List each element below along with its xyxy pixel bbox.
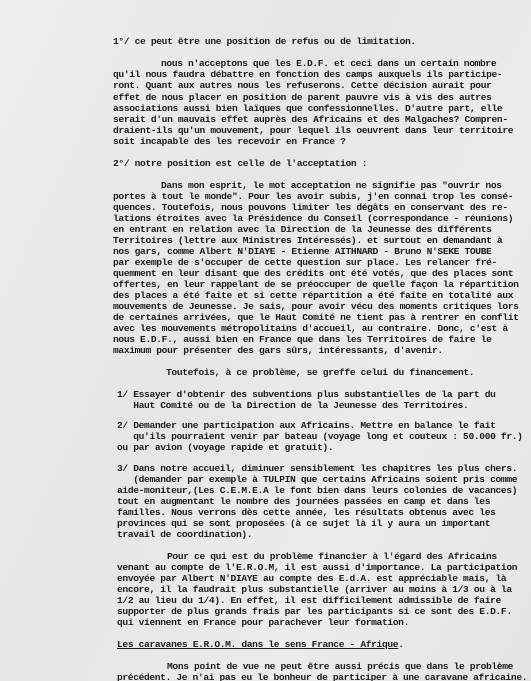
paragraph-line: maximum pour présenter des gars sûrs, in… (113, 345, 443, 356)
caravanes-heading-text: Les caravanes E.R.O.M. dans le sens Fran… (117, 639, 398, 650)
list-item-line: provinces qui se sont proposées (à ce su… (117, 518, 490, 529)
paragraph-line: quemment en leur disant que des crédits … (113, 268, 513, 279)
paragraph-line: 1/2 au lieu du 1/4). En effet, il est di… (117, 595, 501, 606)
paragraph-line: ront. Quant aux autres nous les refusero… (113, 80, 492, 91)
list-item-line: qu'ils pourraient venir par bateau (voya… (117, 431, 523, 442)
paragraph-line: draient-ils qu'un mouvement, pour lequel… (113, 125, 513, 136)
list-item-line: 3/ Dans notre accueil, diminuer sensible… (117, 463, 517, 474)
paragraph-line: Territoires (lettre aux Ministres Intére… (113, 235, 502, 246)
paragraph-line: envoyée par Albert N'DIAYE au compte des… (117, 573, 506, 584)
section1-heading: 1°/ ce peut être une position de refus o… (113, 36, 416, 47)
paragraph-line: de certaines arrivées, que le Haut Comit… (113, 312, 519, 323)
paragraph-line: nous E.D.F., aussi bien en France que da… (113, 334, 492, 345)
list-item-line: (demander par exemple à TULPIN que certa… (117, 474, 517, 485)
list-item-line: travail de coordination). (117, 529, 252, 540)
paragraph-line: mouvements de Jeunesse. Je sais, pour av… (113, 301, 519, 312)
paragraph-line: précédent. Je n'ai pas eu le bonheur de … (117, 672, 527, 681)
caravanes-heading: Les caravanes E.R.O.M. dans le sens Fran… (117, 639, 404, 650)
paragraph-line: Pour ce qui est du problème financier à … (167, 551, 497, 562)
list-item-line: familles. Nous verrons dès cette année, … (117, 507, 496, 518)
caravanes-heading-period: . (398, 639, 403, 650)
paragraph-line: serait d'un mauvais effet auprès des Afr… (113, 114, 508, 125)
paragraph-line: des places a été faite et si cette répar… (113, 290, 513, 301)
paragraph-line: venant au compte de l'E.R.O.M, il est au… (117, 562, 517, 573)
list-item-line: aide-moniteur,(Les C.E.M.E.A le font bie… (117, 485, 517, 496)
paragraph-line: soit incapable des les recevoir en Franc… (113, 136, 346, 147)
list-item-line: ou par avion (voyage rapide et gratuit). (117, 442, 333, 453)
paragraph-line: encore, il la faudrait plus substantiell… (117, 584, 512, 595)
financing-intro: Toutefois, à ce problème, se greffe celu… (166, 367, 474, 378)
paragraph-line: offertes, en leur rappelant de se préocc… (113, 279, 519, 290)
list-item-line: 2/ Demander une participation aux Africa… (117, 420, 496, 431)
list-item-line: 1/ Essayer d'obtenir des subventions plu… (117, 389, 496, 400)
typewritten-page: 1°/ ce peut être une position de refus o… (0, 0, 531, 681)
paragraph-line: Mons point de vue ne peut être aussi pré… (167, 661, 513, 672)
paragraph-line: portes à tout le monde". Pour les avoir … (113, 191, 513, 202)
list-item-line: Haut Comité ou de la Direction de la Jeu… (117, 400, 468, 411)
paragraph-line: effet de nous placer en position de pare… (113, 92, 492, 103)
list-item-line: tout en augmentant le nombre des journée… (117, 496, 490, 507)
paragraph-line: nous n'acceptons que les E.D.F. et ceci … (161, 58, 496, 69)
paragraph-line: quences. Toutefois, nous pouvons limiter… (113, 202, 508, 213)
paragraph-line: nos gars, comme Albert N'DIAYE - Etienne… (113, 246, 492, 257)
paragraph-line: en entrant en relation avec la Direction… (113, 224, 492, 235)
paragraph-line: avec les mouvements métropolitains d'acc… (113, 323, 508, 334)
paragraph-line: supporter de plus grands frais par les p… (117, 606, 512, 617)
paragraph-line: qui viennent en France pour parachever l… (117, 617, 409, 628)
section2-heading: 2°/ notre position est celle de l'accept… (113, 158, 367, 169)
paragraph-line: lations étroites avec la Présidence du C… (113, 213, 513, 224)
paragraph-line: associations aussi bien laïques que conf… (113, 103, 502, 114)
paragraph-line: qu'il nous faudra débattre en fonction d… (113, 69, 502, 80)
paragraph-line: par exemple de s'occuper de cette questi… (113, 257, 497, 268)
paragraph-line: Dans mon esprit, le mot acceptation ne s… (161, 180, 502, 191)
